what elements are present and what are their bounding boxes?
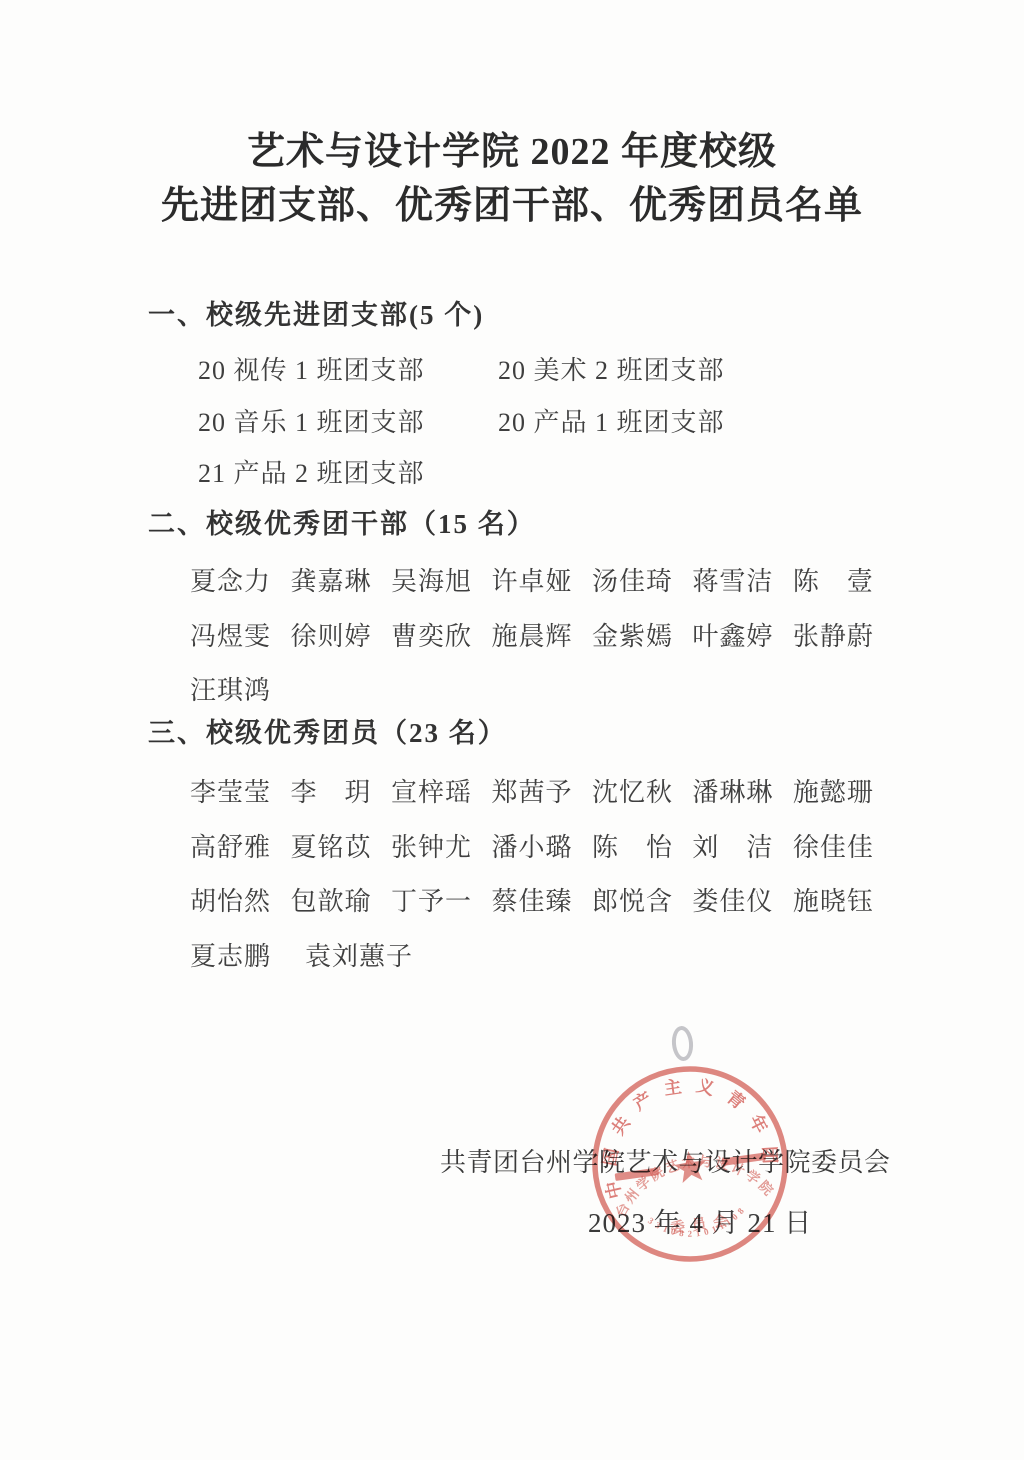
- person-name: 包歆瑜: [290, 881, 371, 936]
- person-name: 蔡佳臻: [491, 881, 572, 936]
- person-name: 夏铭苡: [290, 827, 371, 882]
- person-name: 张静蔚: [793, 616, 874, 671]
- branch-row: 20 音乐 1 班团支部20 产品 1 班团支部: [198, 402, 725, 454]
- person-name: 陈 壹: [793, 561, 874, 616]
- person-name: 丁予一: [391, 881, 472, 936]
- branch-name: 20 视传 1 班团支部: [198, 350, 498, 387]
- person-name: 胡怡然: [190, 881, 271, 936]
- person-name: 高舒雅: [190, 827, 271, 882]
- person-name: 陈 怡: [592, 827, 673, 882]
- section-1-heading: 一、校级先进团支部(5 个): [148, 293, 484, 332]
- person-name: 施晨辉: [491, 616, 572, 671]
- name-row: 李莹莹李 玥宣梓瑶郑茜予沈忆秋潘琳琳施懿珊: [190, 772, 874, 827]
- branch-name: 20 音乐 1 班团支部: [198, 402, 498, 439]
- name-row: 胡怡然包歆瑜丁予一蔡佳臻郎悦含娄佳仪施晓钰: [190, 881, 874, 936]
- person-name: 金紫嫣: [592, 616, 673, 671]
- person-name: 施晓钰: [793, 881, 874, 936]
- person-name: 潘琳琳: [692, 772, 773, 827]
- person-name: 蒋雪洁: [692, 561, 773, 616]
- seal-graphic: 中国共产主义青年团 台州学院艺术与设计学院 委员会 3310821011108: [570, 1044, 809, 1283]
- name-row: 冯煜雯徐则婷曹奕欣施晨辉金紫嫣叶鑫婷张静蔚: [190, 616, 874, 671]
- person-name: 叶鑫婷: [692, 616, 773, 671]
- section-3-name-list: 李莹莹李 玥宣梓瑶郑茜予沈忆秋潘琳琳施懿珊高舒雅夏铭苡张钟尤潘小璐陈 怡刘 洁徐…: [190, 772, 874, 990]
- person-name: 冯煜雯: [190, 616, 271, 671]
- person-name: 宣梓瑶: [391, 772, 472, 827]
- person-name: 施懿珊: [793, 772, 874, 827]
- branch-name: 20 美术 2 班团支部: [498, 356, 725, 385]
- person-name: 夏志鹏: [190, 936, 271, 991]
- person-name: 郑茜予: [491, 772, 572, 827]
- section-2-name-list: 夏念力龚嘉琳吴海旭许卓娅汤佳琦蒋雪洁陈 壹冯煜雯徐则婷曹奕欣施晨辉金紫嫣叶鑫婷张…: [190, 561, 874, 725]
- person-name: 郎悦含: [592, 881, 673, 936]
- person-name: 袁刘蕙子: [305, 936, 413, 991]
- person-name: 龚嘉琳: [290, 561, 371, 616]
- document-title-line1: 艺术与设计学院 2022 年度校级: [0, 120, 1024, 175]
- document-title-line2: 先进团支部、优秀团干部、优秀团员名单: [0, 174, 1024, 229]
- person-name: 曹奕欣: [391, 616, 472, 671]
- person-name: 汤佳琦: [592, 561, 673, 616]
- section-1-branch-list: 20 视传 1 班团支部20 美术 2 班团支部20 音乐 1 班团支部20 产…: [198, 350, 725, 505]
- person-name: 李莹莹: [190, 772, 271, 827]
- name-row: 夏念力龚嘉琳吴海旭许卓娅汤佳琦蒋雪洁陈 壹: [190, 561, 874, 616]
- person-name: 沈忆秋: [592, 772, 673, 827]
- person-name: 许卓娅: [491, 561, 572, 616]
- official-seal-stamp: 中国共产主义青年团 台州学院艺术与设计学院 委员会 3310821011108: [570, 1044, 809, 1283]
- person-name: 徐佳佳: [793, 827, 874, 882]
- person-name: 张钟尤: [391, 827, 472, 882]
- person-name: 潘小璐: [491, 827, 572, 882]
- person-name: 徐则婷: [290, 616, 371, 671]
- person-name: 吴海旭: [391, 561, 472, 616]
- branch-name: 21 产品 2 班团支部: [198, 453, 498, 490]
- branch-row: 20 视传 1 班团支部20 美术 2 班团支部: [198, 350, 725, 402]
- person-name: 夏念力: [190, 561, 271, 616]
- branch-row: 21 产品 2 班团支部: [198, 453, 725, 505]
- branch-name: 20 产品 1 班团支部: [498, 408, 725, 437]
- section-2-heading: 二、校级优秀团干部（15 名）: [148, 502, 536, 541]
- name-row: 高舒雅夏铭苡张钟尤潘小璐陈 怡刘 洁徐佳佳: [190, 827, 874, 882]
- name-row: 夏志鹏袁刘蕙子: [190, 936, 874, 991]
- person-name: 刘 洁: [692, 827, 773, 882]
- person-name: 娄佳仪: [692, 881, 773, 936]
- section-3-heading: 三、校级优秀团员（23 名）: [148, 711, 507, 750]
- person-name: 李 玥: [290, 772, 371, 827]
